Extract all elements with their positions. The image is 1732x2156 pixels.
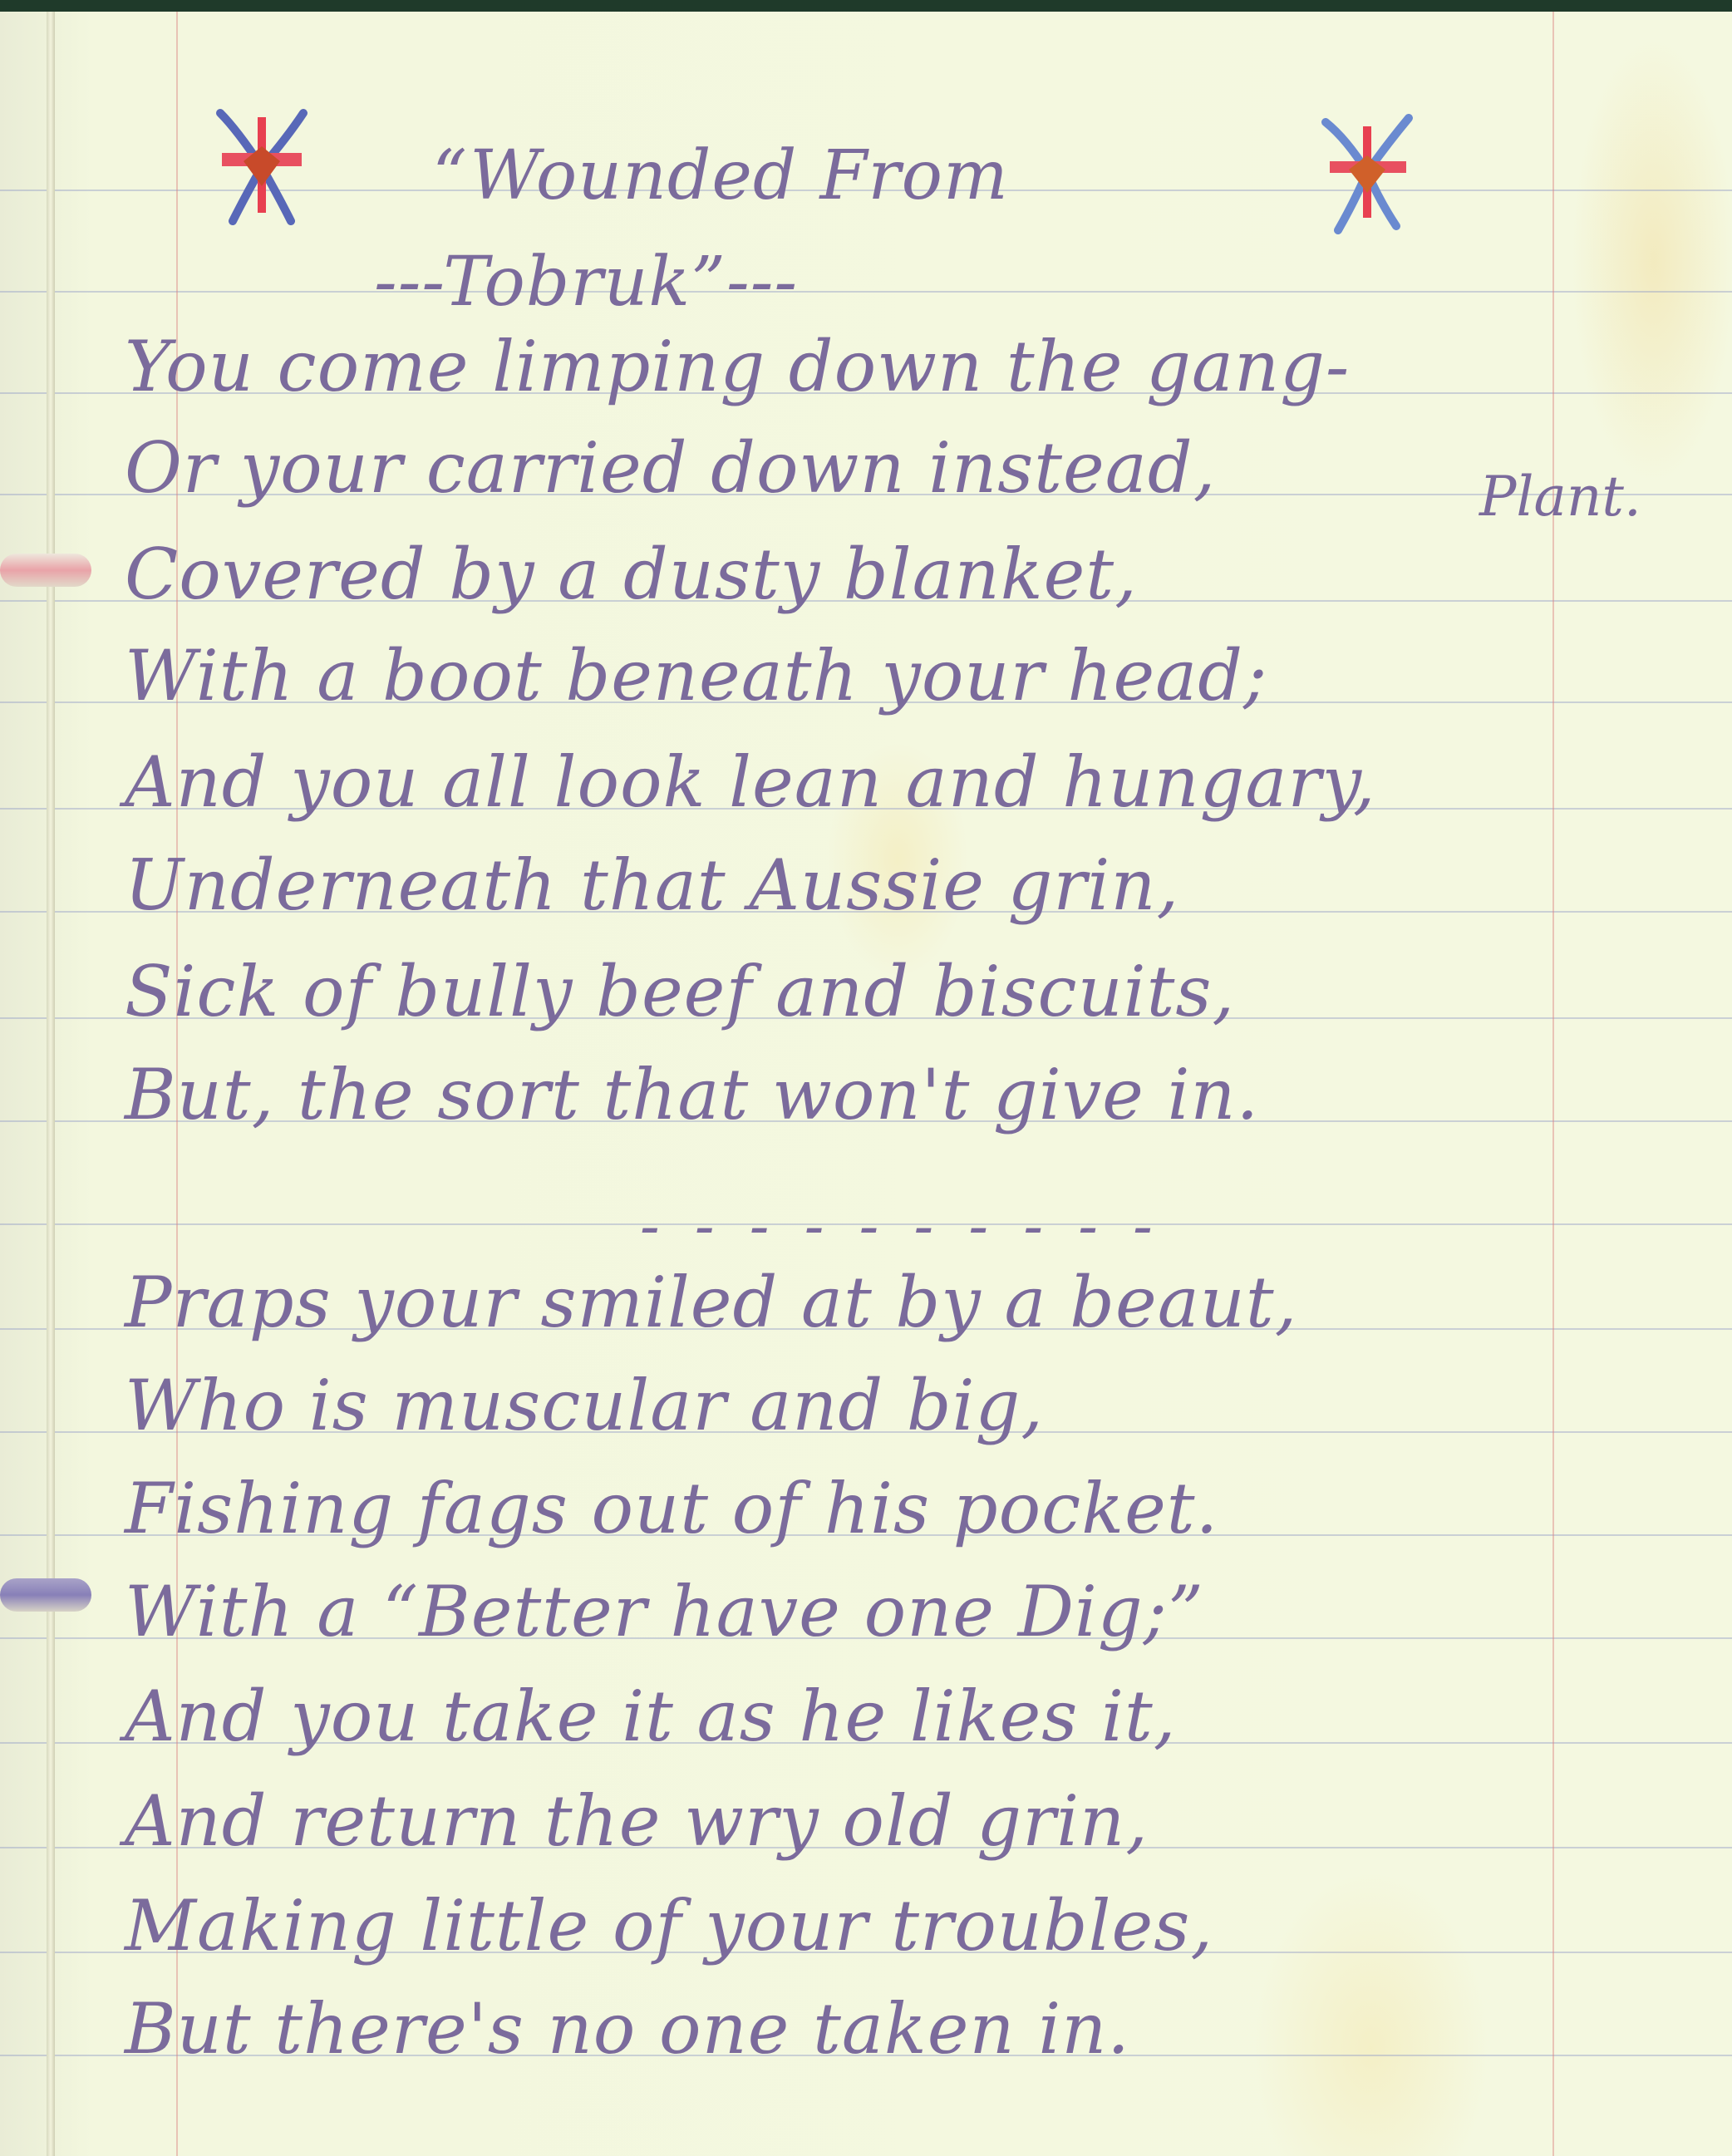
notebook-page: “Wounded From ---Tobruk”--- You come lim… xyxy=(0,12,1732,2156)
poem-line: And return the wry old grin, xyxy=(125,1780,1149,1862)
binding-ring-pink xyxy=(0,554,91,587)
poem-line: And you take it as he likes it, xyxy=(125,1676,1176,1757)
poem-line: And you all look lean and hungary, xyxy=(125,741,1376,823)
red-cross-with-blue-wings-icon xyxy=(212,105,312,229)
margin-note: Plant. xyxy=(1479,465,1641,529)
poem-line: Sick of bully beef and biscuits, xyxy=(125,951,1235,1032)
poem-line: Or your carried down instead, xyxy=(125,427,1216,509)
poem-line: Praps your smiled at by a beaut, xyxy=(125,1262,1297,1343)
poem-line: Fishing fags out of his pocket. xyxy=(125,1468,1218,1549)
binding-fold xyxy=(47,12,55,2156)
poem-title-line1: “Wounded From xyxy=(432,136,1009,215)
right-margin-line xyxy=(1552,12,1554,2156)
poem-line: With a “Better have one Dig;” xyxy=(125,1571,1204,1652)
poem-line: Who is muscular and big, xyxy=(125,1365,1044,1446)
red-cross-with-blue-wings-icon xyxy=(1317,110,1417,234)
binding-ring-blue xyxy=(0,1578,91,1612)
poem-line: But there's no one taken in. xyxy=(125,1988,1130,2070)
poem-line: You come limping down the gang- xyxy=(125,326,1350,407)
poem-line: Underneath that Aussie grin, xyxy=(125,844,1179,926)
ruled-line xyxy=(0,291,1732,293)
poem-line: But, the sort that won't give in. xyxy=(125,1054,1259,1135)
poem-line: Making little of your troubles, xyxy=(125,1885,1213,1966)
poem-line: Covered by a dusty blanket, xyxy=(125,534,1138,615)
poem-title-line2: ---Tobruk”--- xyxy=(374,243,798,322)
poem-line: With a boot beneath your head; xyxy=(125,635,1267,716)
stanza-divider: - - - - - - - - - - xyxy=(640,1192,1161,1260)
